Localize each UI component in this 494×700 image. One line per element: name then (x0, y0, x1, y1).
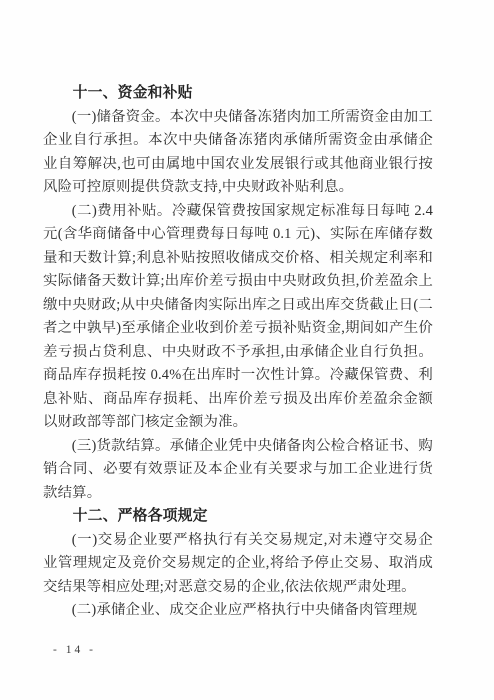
document-page: 十一、资金和补贴 (一)储备资金。本次中央储备冻猪肉加工所需资金由加工企业自行承… (0, 0, 494, 700)
document-body: 十一、资金和补贴 (一)储备资金。本次中央储备冻猪肉加工所需资金由加工企业自行承… (43, 82, 433, 623)
section-heading-funds-and-subsidies: 十一、资金和补贴 (43, 82, 433, 106)
paragraph-fee-subsidy: (二)费用补贴。冷藏保管费按国家规定标准每日每吨 2.4元(含华商储备中心管理费… (43, 200, 433, 435)
paragraph-reserve-funds: (一)储备资金。本次中央储备冻猪肉加工所需资金由加工企业自行承担。本次中央储备冻… (43, 106, 433, 200)
page-number: - 14 - (53, 644, 96, 656)
section-heading-strict-rules: 十二、严格各项规定 (43, 505, 433, 529)
paragraph-trading-rules: (一)交易企业要严格执行有关交易规定,对未遵守交易企业管理规定及竞价交易规定的企… (43, 529, 433, 600)
paragraph-storage-enterprise-rules: (二)承储企业、成交企业应严格执行中央储备肉管理规 (43, 599, 433, 623)
paragraph-payment-settlement: (三)货款结算。承储企业凭中央储备肉公检合格证书、购销合同、必要有效票证及本企业… (43, 435, 433, 506)
